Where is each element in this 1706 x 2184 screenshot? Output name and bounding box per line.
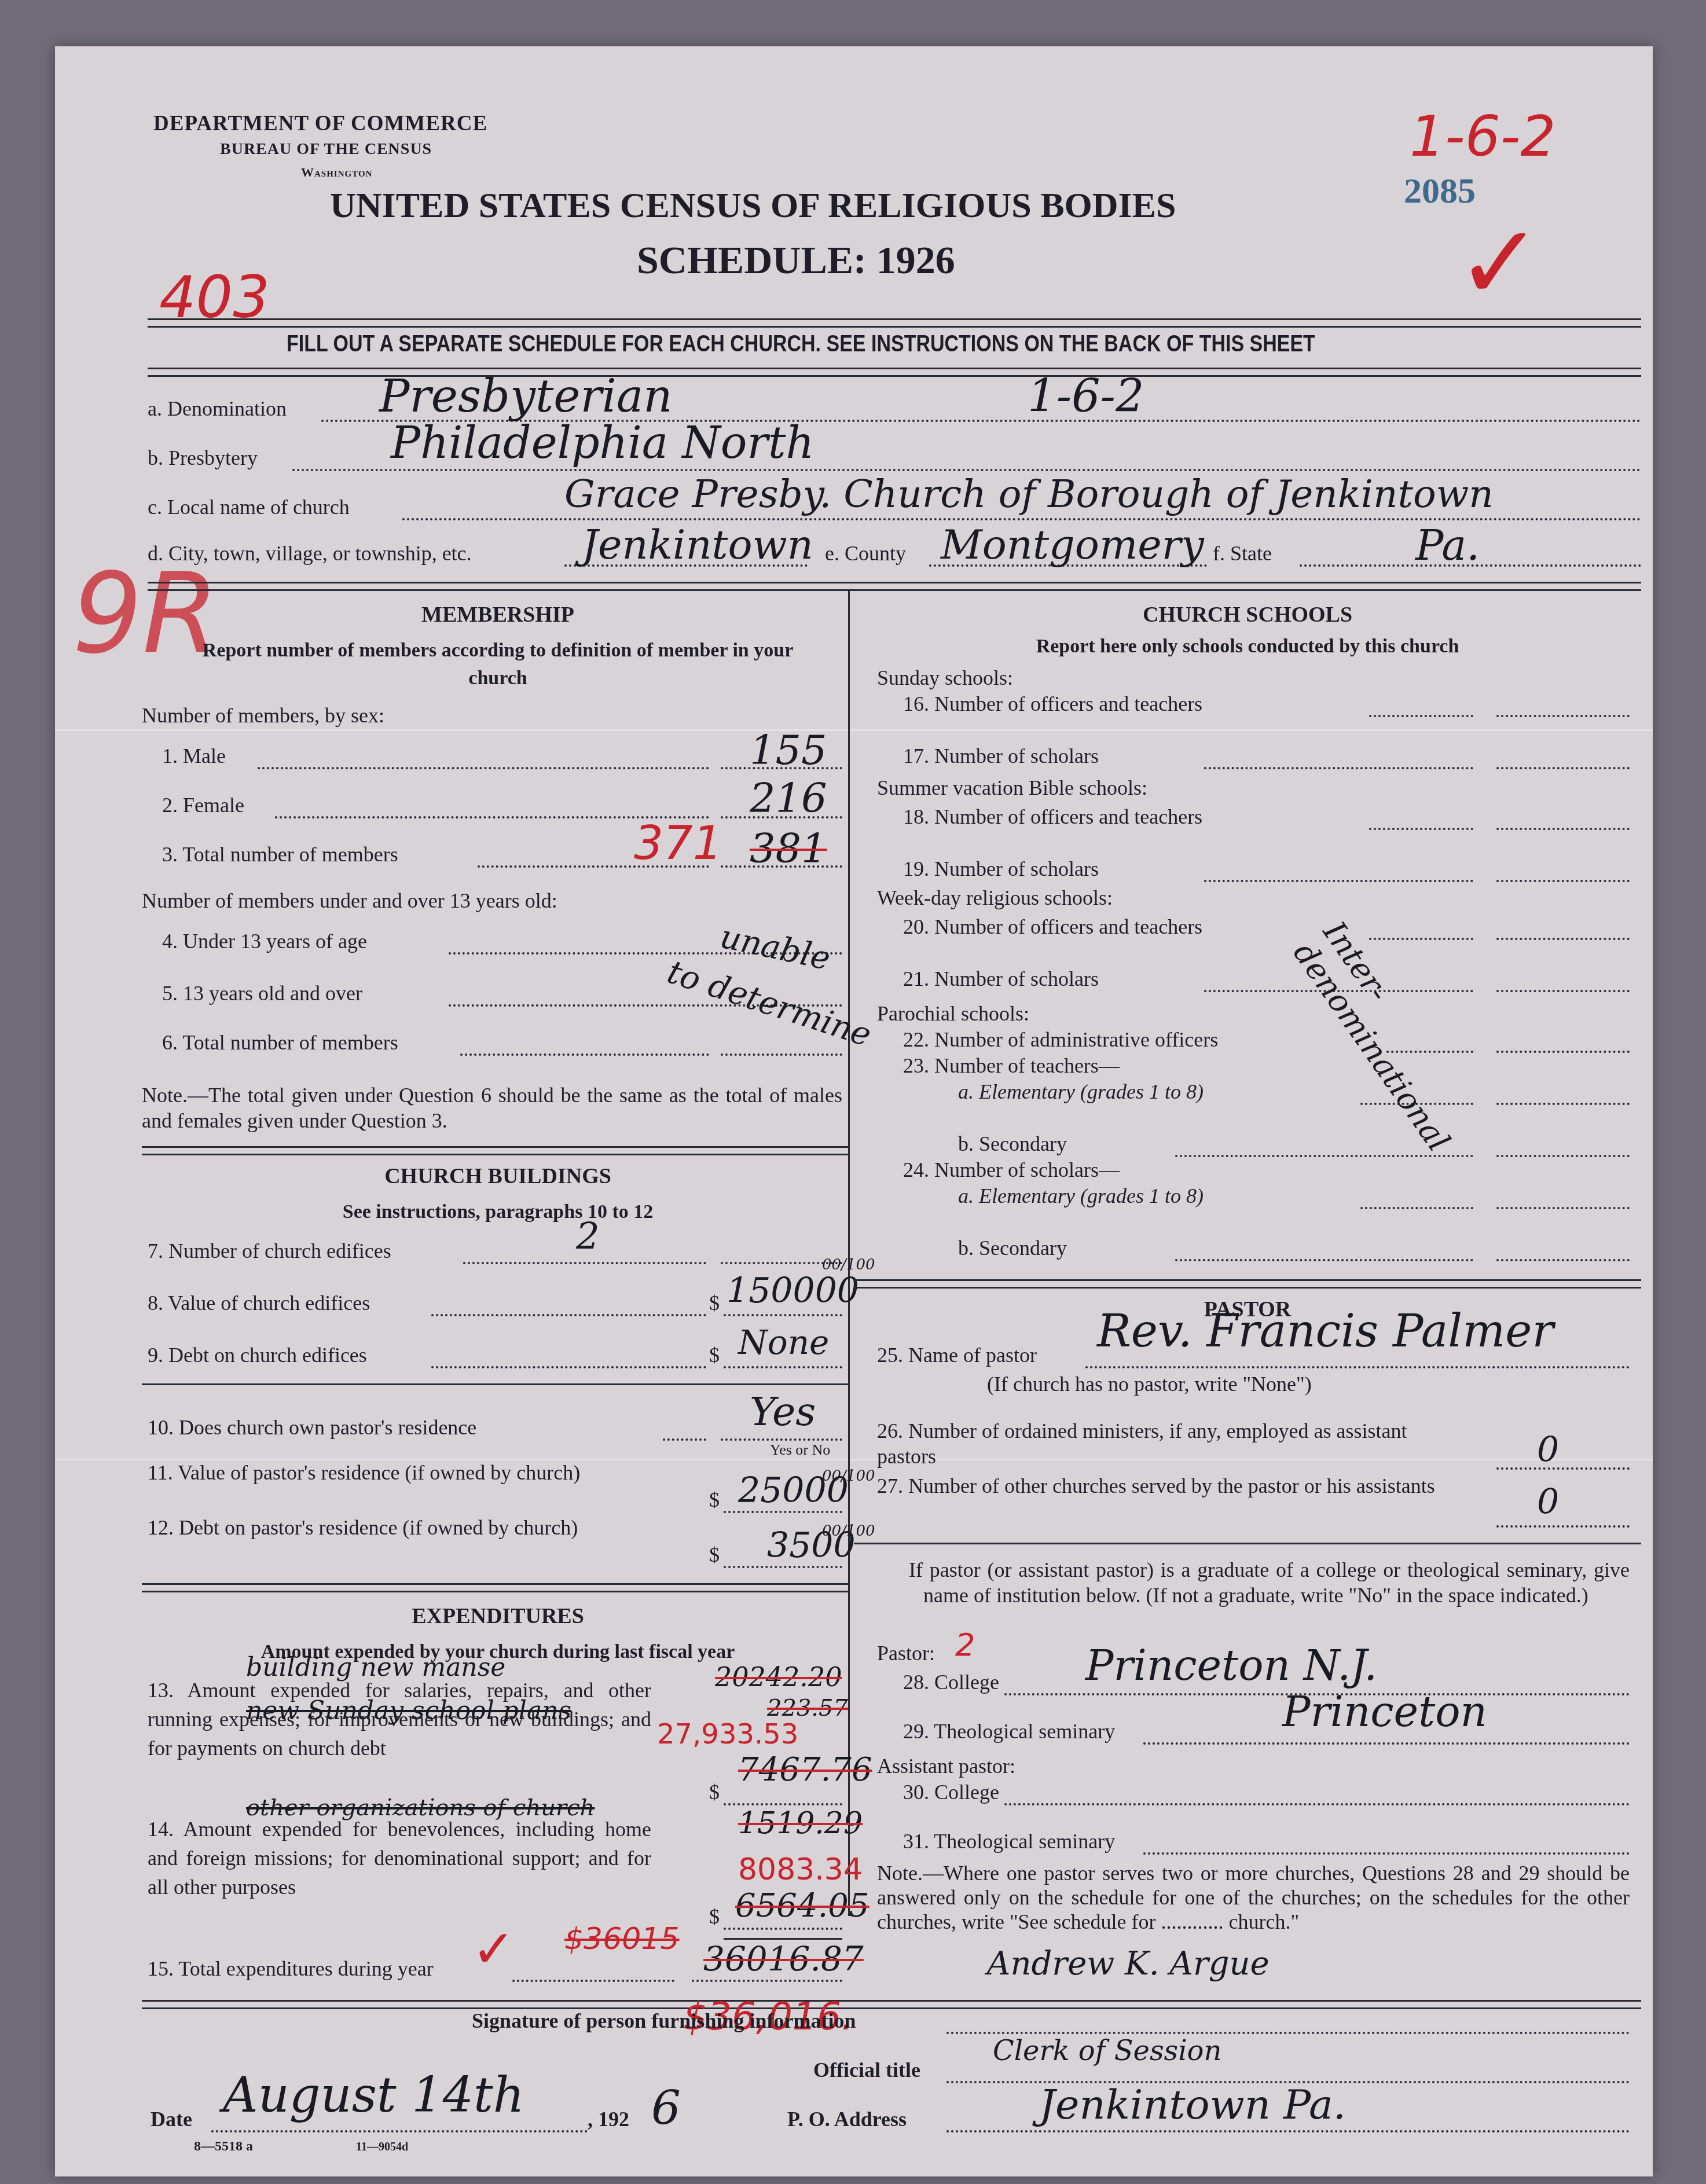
q22-field[interactable] [1496,1051,1630,1053]
pastor-name-line [1085,1366,1630,1368]
schedule-year: SCHEDULE: 1926 [637,237,955,283]
pastor-name-field[interactable]: Rev. Francis Palmer [1097,1305,1554,1357]
item14-line [724,1928,842,1930]
q18-label: 18. Number of officers and teachers [903,805,1202,829]
total-members-age-line [460,1054,709,1056]
pastor-name-hint: (If church has no pastor, write "None") [987,1372,1312,1396]
q20-field[interactable] [1496,938,1630,940]
total-members-correction: 371 [634,816,722,870]
expenditures-heading: EXPENDITURES [148,1603,848,1629]
pastor-red-mark: 2 [955,1627,975,1663]
assistant-pastor-label: Assistant pastor: [877,1754,1015,1778]
female-count-field[interactable]: 216 [750,775,827,822]
yes-no-hint: Yes or No [770,1441,830,1459]
section-divider [142,2000,1641,2009]
dollar-sign: $ [709,1904,720,1929]
over-13-field[interactable]: to determine [663,953,876,1055]
item15-field[interactable]: 36016.87 [703,1939,864,1979]
membership-note: Note.—The total given under Question 6 s… [142,1082,842,1133]
q20-label: 20. Number of officers and teachers [903,915,1202,939]
q17-line [1204,767,1473,769]
edifices-debt-label: 9. Debt on church edifices [148,1343,367,1367]
form-number: 8—5518 a [194,2139,253,2154]
dollar-sign: $ [709,1543,720,1567]
edifices-value-cents: 00/100 [822,1256,875,1273]
section-divider [854,1279,1641,1289]
date-field[interactable]: August 14th [223,2066,524,2123]
q23b-label: b. Secondary [958,1132,1067,1156]
local-name-field[interactable]: Grace Presby. Church of Borough of Jenki… [564,472,1494,516]
total-members-field[interactable]: 381 [750,825,827,872]
q28-label: 28. College [903,1670,999,1694]
q23b-field[interactable] [1496,1155,1630,1157]
item15-label: 15. Total expenditures during year [148,1957,434,1981]
owns-residence-line [663,1438,706,1441]
under-13-label: 4. Under 13 years of age [162,929,367,953]
male-count-field[interactable]: 155 [750,726,827,774]
q30-label: 30. College [903,1780,999,1804]
presbytery-field[interactable]: Philadelphia North [391,417,814,468]
edifices-count-field[interactable]: 2 [576,1216,600,1258]
edifices-value-field[interactable]: 150000 [727,1271,859,1311]
membership-heading: MEMBERSHIP [148,602,848,627]
q27-label: 27. Number of other churches served by t… [877,1473,1456,1499]
q29-label: 29. Theological seminary [903,1719,1115,1743]
q18-field[interactable] [1496,828,1630,830]
church-schools-heading: CHURCH SCHOOLS [854,602,1641,627]
q18-line [1369,828,1473,830]
item14-value-1: 1519.29 [738,1806,863,1841]
q20-line [1369,938,1473,940]
section-divider [142,1146,848,1155]
address-line [946,2130,1630,2132]
q31-field[interactable] [1143,1852,1630,1855]
pastor-label: Pastor: [877,1641,935,1665]
q29-field[interactable]: Princeton [1282,1687,1487,1736]
city-field[interactable]: Jenkintown [582,521,813,568]
presbytery-line [292,469,1641,471]
signature-label: Signature of person furnishing informati… [472,2009,856,2033]
church-buildings-subheading: See instructions, paragraphs 10 to 12 [148,1201,848,1223]
q19-field[interactable] [1496,880,1630,882]
members-by-age-label: Number of members under and over 13 year… [142,889,557,913]
q30-field[interactable] [1004,1803,1630,1805]
department-name: DEPARTMENT OF COMMERCE [153,111,487,136]
residence-value-label: 11. Value of pastor's residence (if owne… [148,1459,698,1486]
year-field[interactable]: 6 [651,2081,681,2135]
q24b-label: b. Secondary [958,1236,1067,1260]
item13-field[interactable]: 7467.76 [738,1751,872,1789]
year-prefix: , 192 [588,2107,629,2131]
owns-residence-value-line [721,1438,842,1441]
column-divider [848,590,850,1916]
q24a-label: a. Elementary (grades 1 to 8) [958,1184,1204,1208]
inline-code-annotation: 1-6-2 [1028,370,1144,423]
section-divider [142,1383,848,1385]
signature-value[interactable]: Andrew K. Argue [987,1945,1270,1983]
date-line [211,2130,588,2132]
pastor-name-label: 25. Name of pastor [877,1343,1037,1367]
q21-label: 21. Number of scholars [903,967,1099,991]
red-checkmark-icon: ✓ [472,1919,515,1980]
q17-field[interactable] [1496,767,1630,769]
official-title-field[interactable]: Clerk of Session [993,2035,1221,2067]
denomination-field[interactable]: Presbyterian [379,370,672,423]
weekday-schools-label: Week-day religious schools: [877,886,1113,910]
q28-field[interactable]: Princeton N.J. [1085,1641,1377,1690]
address-label: P. O. Address [787,2107,907,2131]
male-label: 1. Male [162,744,226,768]
q24-label: 24. Number of scholars— [903,1158,1120,1182]
members-by-sex-label: Number of members, by sex: [142,703,384,728]
edifices-value-dollar-line [724,1314,842,1316]
q17-label: 17. Number of scholars [903,744,1099,768]
item15-value-line [692,1980,842,1982]
q27-field[interactable]: 0 [1537,1482,1559,1522]
male-line [258,767,709,769]
dollar-sign: $ [709,1780,720,1804]
edifices-count-line [463,1262,706,1264]
edifices-value-label: 8. Value of church edifices [148,1291,370,1315]
total-members-age-value-line [721,1054,842,1056]
header-divider [148,318,1641,328]
owns-residence-label: 10. Does church own pastor's residence [148,1415,476,1440]
signature-line [946,2032,1630,2034]
section-divider [854,1543,1641,1544]
print-number: 11—9054d [356,2141,408,2154]
dollar-sign: $ [709,1291,720,1315]
under-13-field[interactable]: unable [717,918,834,978]
local-name-line [402,518,1641,520]
q16-line [1369,715,1473,717]
q24b-line [1175,1259,1473,1261]
q24b-field[interactable] [1496,1259,1630,1261]
item15-red-struck: $36015 [564,1922,680,1957]
section-divider [142,1583,848,1592]
item13-value-1: 20242.20 [715,1661,842,1693]
address-field[interactable]: Jenkintown Pa. [1039,2081,1346,2128]
item13-correction: 27,933.53 [657,1718,798,1750]
denomination-label: a. Denomination [148,397,287,421]
owns-residence-field[interactable]: Yes [750,1389,816,1435]
q27-line [1496,1525,1630,1528]
edifices-value-line [431,1314,706,1316]
q23a-label: a. Elementary (grades 1 to 8) [958,1080,1204,1104]
summer-schools-label: Summer vacation Bible schools: [877,776,1147,800]
graduate-instruction: If pastor (or assistant pastor) is a gra… [923,1557,1630,1608]
bureau-city: Washington [301,165,372,180]
item14-correction: 8083.34 [738,1852,863,1887]
church-schools-subheading: Report here only schools conducted by th… [854,636,1641,658]
presbytery-label: b. Presbytery [148,446,258,470]
inter-denominational-note: Inter-denominational [1286,915,1522,1207]
q26-field[interactable]: 0 [1537,1430,1559,1470]
church-buildings-heading: CHURCH BUILDINGS [148,1163,848,1189]
form-title: UNITED STATES CENSUS OF RELIGIOUS BODIES [330,185,1176,226]
q31-label: 31. Theological seminary [903,1829,1115,1853]
parochial-schools-label: Parochial schools: [877,1001,1029,1026]
q24a-field[interactable] [1496,1207,1630,1209]
county-label: e. County [825,541,906,566]
edifices-debt-field[interactable]: None [738,1323,829,1362]
sunday-schools-label: Sunday schools: [877,666,1013,690]
female-label: 2. Female [162,793,244,817]
bureau-name: BUREAU OF THE CENSUS [220,140,432,159]
q23-label: 23. Number of teachers— [903,1054,1120,1078]
q16-field[interactable] [1496,715,1630,717]
item14-field[interactable]: 6564.05 [735,1887,869,1925]
state-field[interactable]: Pa. [1415,521,1480,570]
section-divider [148,582,1641,591]
state-label: f. State [1213,541,1272,566]
q19-line [1204,880,1473,882]
city-label: d. City, town, village, or township, etc… [148,541,472,566]
date-label: Date [151,2107,192,2131]
q16-label: 16. Number of officers and teachers [903,692,1202,716]
edifices-debt-line [431,1366,706,1368]
residence-debt-label: 12. Debt on pastor's residence (if owned… [148,1514,698,1541]
q26-label: 26. Number of ordained ministers, if any… [877,1418,1456,1469]
red-annotation-code: 1-6-2 [1410,104,1556,169]
pastor-note: Note.—Where one pastor serves two or mor… [877,1861,1630,1934]
fold-line [55,729,1653,731]
item13-line [724,1803,842,1805]
q21-field[interactable] [1496,990,1630,992]
header-divider [148,368,1641,377]
residence-debt-cents: 00/100 [822,1522,875,1540]
total-members-label: 3. Total number of members [162,842,398,867]
red-checkmark-icon: ✓ [1456,203,1543,324]
county-field[interactable]: Montgomery [941,521,1204,568]
item15-line [512,1980,674,1982]
local-name-label: c. Local name of church [148,495,350,519]
residence-value-line [724,1511,842,1513]
q24a-line [1360,1207,1473,1209]
edifices-debt-dollar-line [724,1366,842,1368]
residence-value-cents: 00/100 [822,1467,875,1485]
q23a-field[interactable] [1496,1103,1630,1105]
official-title-label: Official title [813,2058,920,2082]
separate-schedule-instruction: FILL OUT A SEPARATE SCHEDULE FOR EACH CH… [287,331,1315,357]
q19-label: 19. Number of scholars [903,857,1099,881]
q22-label: 22. Number of administrative officers [903,1027,1218,1052]
over-13-label: 5. 13 years old and over [162,981,362,1005]
membership-subheading: Report number of members according to de… [182,637,813,692]
census-schedule-sheet: DEPARTMENT OF COMMERCE BUREAU OF THE CEN… [55,46,1653,2176]
item14-label: 14. Amount expended for benevolences, in… [148,1815,651,1902]
dollar-sign: $ [709,1343,720,1367]
item13-label: 13. Amount expended for salaries, repair… [148,1676,651,1763]
q29-line [1143,1742,1630,1745]
total-members-age-label: 6. Total number of members [162,1030,398,1055]
dollar-sign: $ [709,1488,720,1512]
residence-debt-line [724,1566,842,1568]
edifices-count-label: 7. Number of church edifices [148,1239,391,1263]
q26-line [1496,1467,1630,1470]
